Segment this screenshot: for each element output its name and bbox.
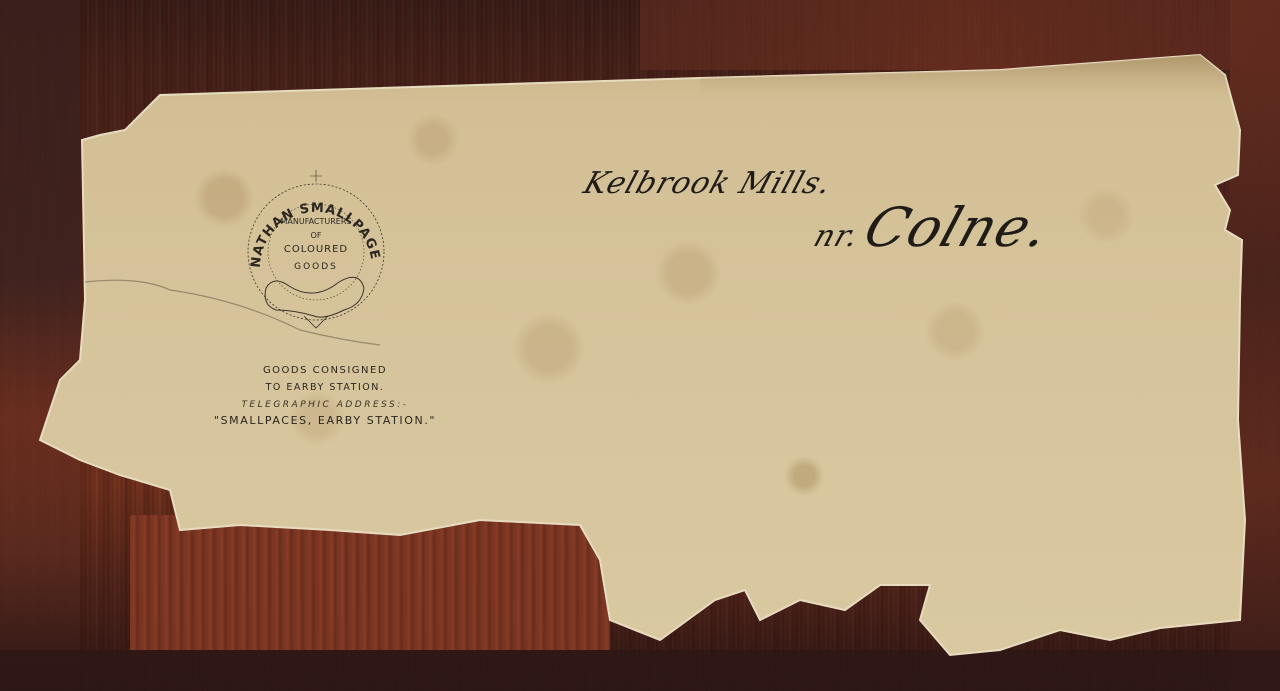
consignment-line-1: GOODS CONSIGNED <box>200 365 450 376</box>
seal-line-3: COLOURED <box>284 244 348 255</box>
seal-line-1: MANUFACTURERS <box>281 217 352 226</box>
consignment-line-2: TO EARBY STATION. <box>200 382 450 393</box>
address-line-2: nr.Colne. <box>808 196 1058 259</box>
paper-fragment <box>0 0 1280 691</box>
seal-line-2: OF <box>311 231 322 240</box>
company-seal: NATHAN SMALLPAGE & SONS MANUFACTURERS OF… <box>244 170 386 340</box>
address-town: Colne. <box>857 196 1058 259</box>
address-line-1: Kelbrook Mills. <box>579 166 836 201</box>
seal-line-4: GOODS <box>294 262 338 272</box>
telegraph-label: TELEGRAPHIC ADDRESS:- <box>200 400 450 410</box>
telegraph-address: "SMALLPACES, EARBY STATION." <box>200 414 450 427</box>
